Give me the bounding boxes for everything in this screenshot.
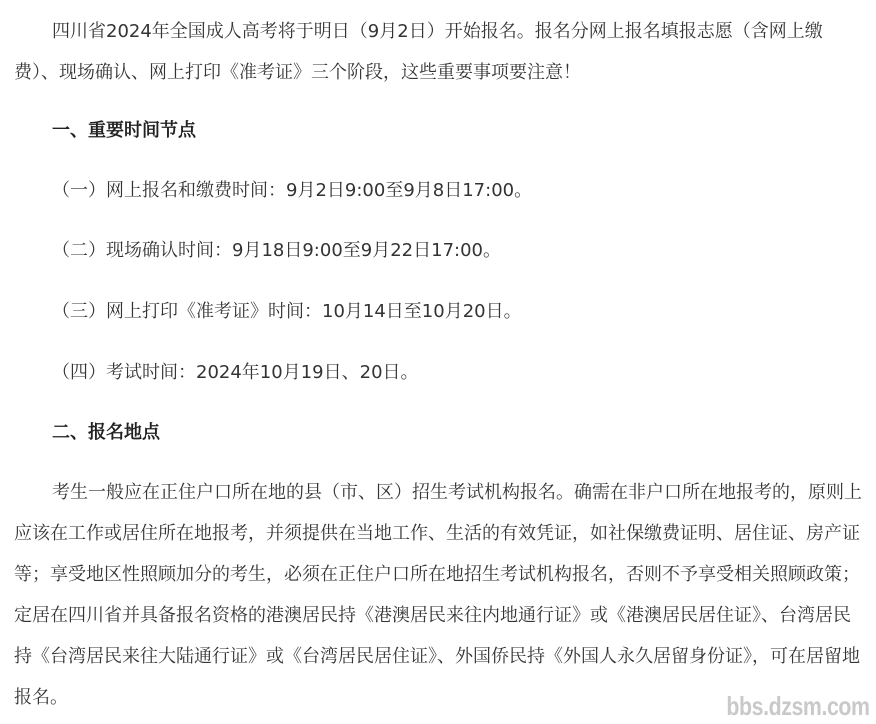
intro-paragraph: 四川省2024年全国成人高考将于明日（9月2日）开始报名。报名分网上报名填报志愿… [14, 11, 864, 93]
location-paragraph: 考生一般应在正住户口所在地的县（市、区）招生考试机构报名。确需在非户口所在地报考… [14, 472, 864, 718]
section-heading-time-nodes: 一、重要时间节点 [14, 110, 864, 151]
site-watermark: bbs.dzsm.com [727, 691, 870, 722]
section-heading-location: 二、报名地点 [14, 412, 864, 453]
spacer [14, 453, 864, 472]
spacer [14, 271, 864, 291]
spacer [14, 151, 864, 170]
time-node-item-4: （四）考试时间：2024年10月19日、20日。 [14, 352, 864, 393]
time-node-item-3: （三）网上打印《准考证》时间：10月14日至10月20日。 [14, 291, 864, 332]
article-body: 四川省2024年全国成人高考将于明日（9月2日）开始报名。报名分网上报名填报志愿… [14, 11, 864, 718]
spacer [14, 93, 864, 110]
spacer [14, 211, 864, 230]
spacer [14, 393, 864, 412]
spacer [14, 332, 864, 352]
time-node-item-2: （二）现场确认时间：9月18日9:00至9月22日17:00。 [14, 230, 864, 271]
time-node-item-1: （一）网上报名和缴费时间：9月2日9:00至9月8日17:00。 [14, 170, 864, 211]
